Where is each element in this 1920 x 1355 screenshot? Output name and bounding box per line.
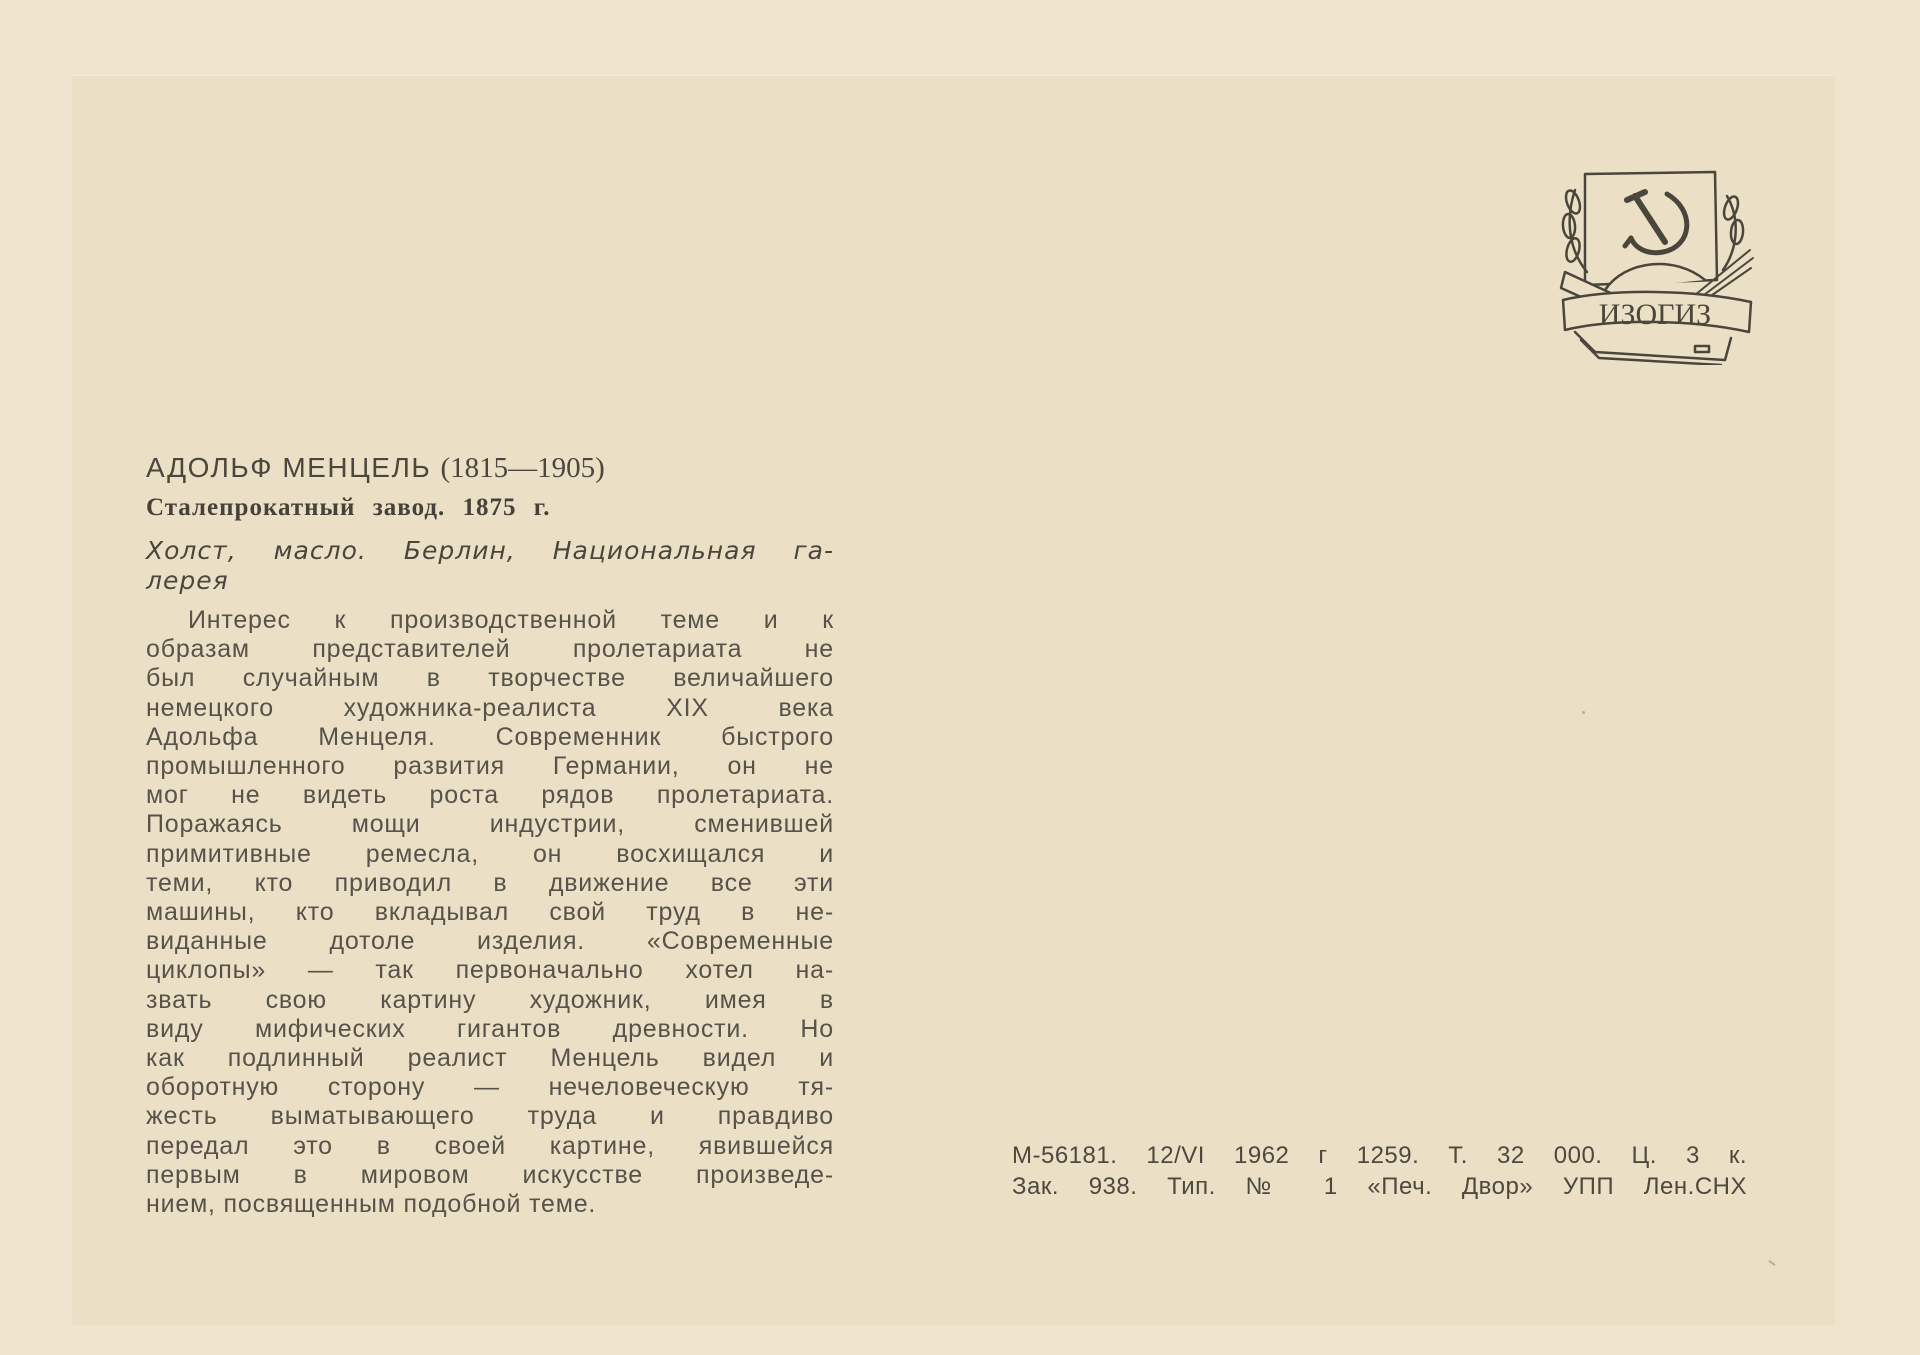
paper-speck: [1582, 711, 1585, 714]
description-line: Интерес к производственной теме и к: [146, 606, 834, 635]
painting-medium: Холст, масло. Берлин, Национальная га- л…: [146, 536, 834, 596]
description-line: Адольфа Менцеля. Современник быстрого: [146, 723, 834, 752]
painting-title: Сталепрокатный завод. 1875 г.: [146, 490, 834, 526]
description-line: передал это в своей картине, явившейся: [146, 1132, 834, 1161]
izogiz-emblem-icon: ИЗОГИЗ: [1555, 160, 1755, 365]
description-line: промышленного развития Германии, он не: [146, 752, 834, 781]
description-line: первым в мировом искусстве произведе-: [146, 1161, 834, 1190]
description-line: примитивные ремесла, он восхищался и: [146, 840, 834, 869]
description-line: как подлинный реалист Менцель видел и: [146, 1044, 834, 1073]
artwork-description: АДОЛЬФ МЕНЦЕЛЬ (1815—1905) Сталепрокатны…: [146, 450, 834, 1219]
author-name: АДОЛЬФ МЕНЦЕЛЬ: [146, 452, 431, 483]
description-line: оборотную сторону — нечеловеческую тя-: [146, 1073, 834, 1102]
description-line: жесть выматывающего труда и правдиво: [146, 1102, 834, 1131]
medium-line: лерея: [146, 566, 834, 596]
svg-text:ИЗОГИЗ: ИЗОГИЗ: [1599, 298, 1711, 331]
description-line: машины, кто вкладывал свой труд в не-: [146, 898, 834, 927]
imprint-line-2: Зак. 938. Тип. № 1 «Печ. Двор» УПП Лен.С…: [1012, 1171, 1747, 1202]
description-line: образам представителей пролетариата не: [146, 635, 834, 664]
medium-line: Холст, масло. Берлин, Национальная га-: [146, 536, 834, 566]
description-line: виду мифических гигантов древности. Но: [146, 1015, 834, 1044]
description-line: нием, посвященным подобной теме.: [146, 1190, 834, 1219]
description-line: немецкого художника-реалиста XIX века: [146, 694, 834, 723]
description-line: мог не видеть роста рядов пролетариата.: [146, 781, 834, 810]
print-imprint: М-56181. 12/VI 1962 г 1259. Т. 32 000. Ц…: [1012, 1140, 1747, 1202]
description-line: циклопы» — так первоначально хотел на-: [146, 956, 834, 985]
description-line: Поражаясь мощи индустрии, сменившей: [146, 810, 834, 839]
description-line: виданные дотоле изделия. «Современные: [146, 927, 834, 956]
imprint-line-1: М-56181. 12/VI 1962 г 1259. Т. 32 000. Ц…: [1012, 1140, 1747, 1171]
author-heading: АДОЛЬФ МЕНЦЕЛЬ (1815—1905): [146, 450, 834, 486]
description-line: теми, кто приводил в движение все эти: [146, 869, 834, 898]
description-text: Интерес к производственной теме и к обра…: [146, 606, 834, 1219]
publisher-logo: ИЗОГИЗ: [1555, 160, 1755, 365]
description-line: был случайным в творчестве величайшего: [146, 664, 834, 693]
author-years: (1815—1905): [441, 452, 605, 484]
description-line: звать свою картину художник, имея в: [146, 986, 834, 1015]
